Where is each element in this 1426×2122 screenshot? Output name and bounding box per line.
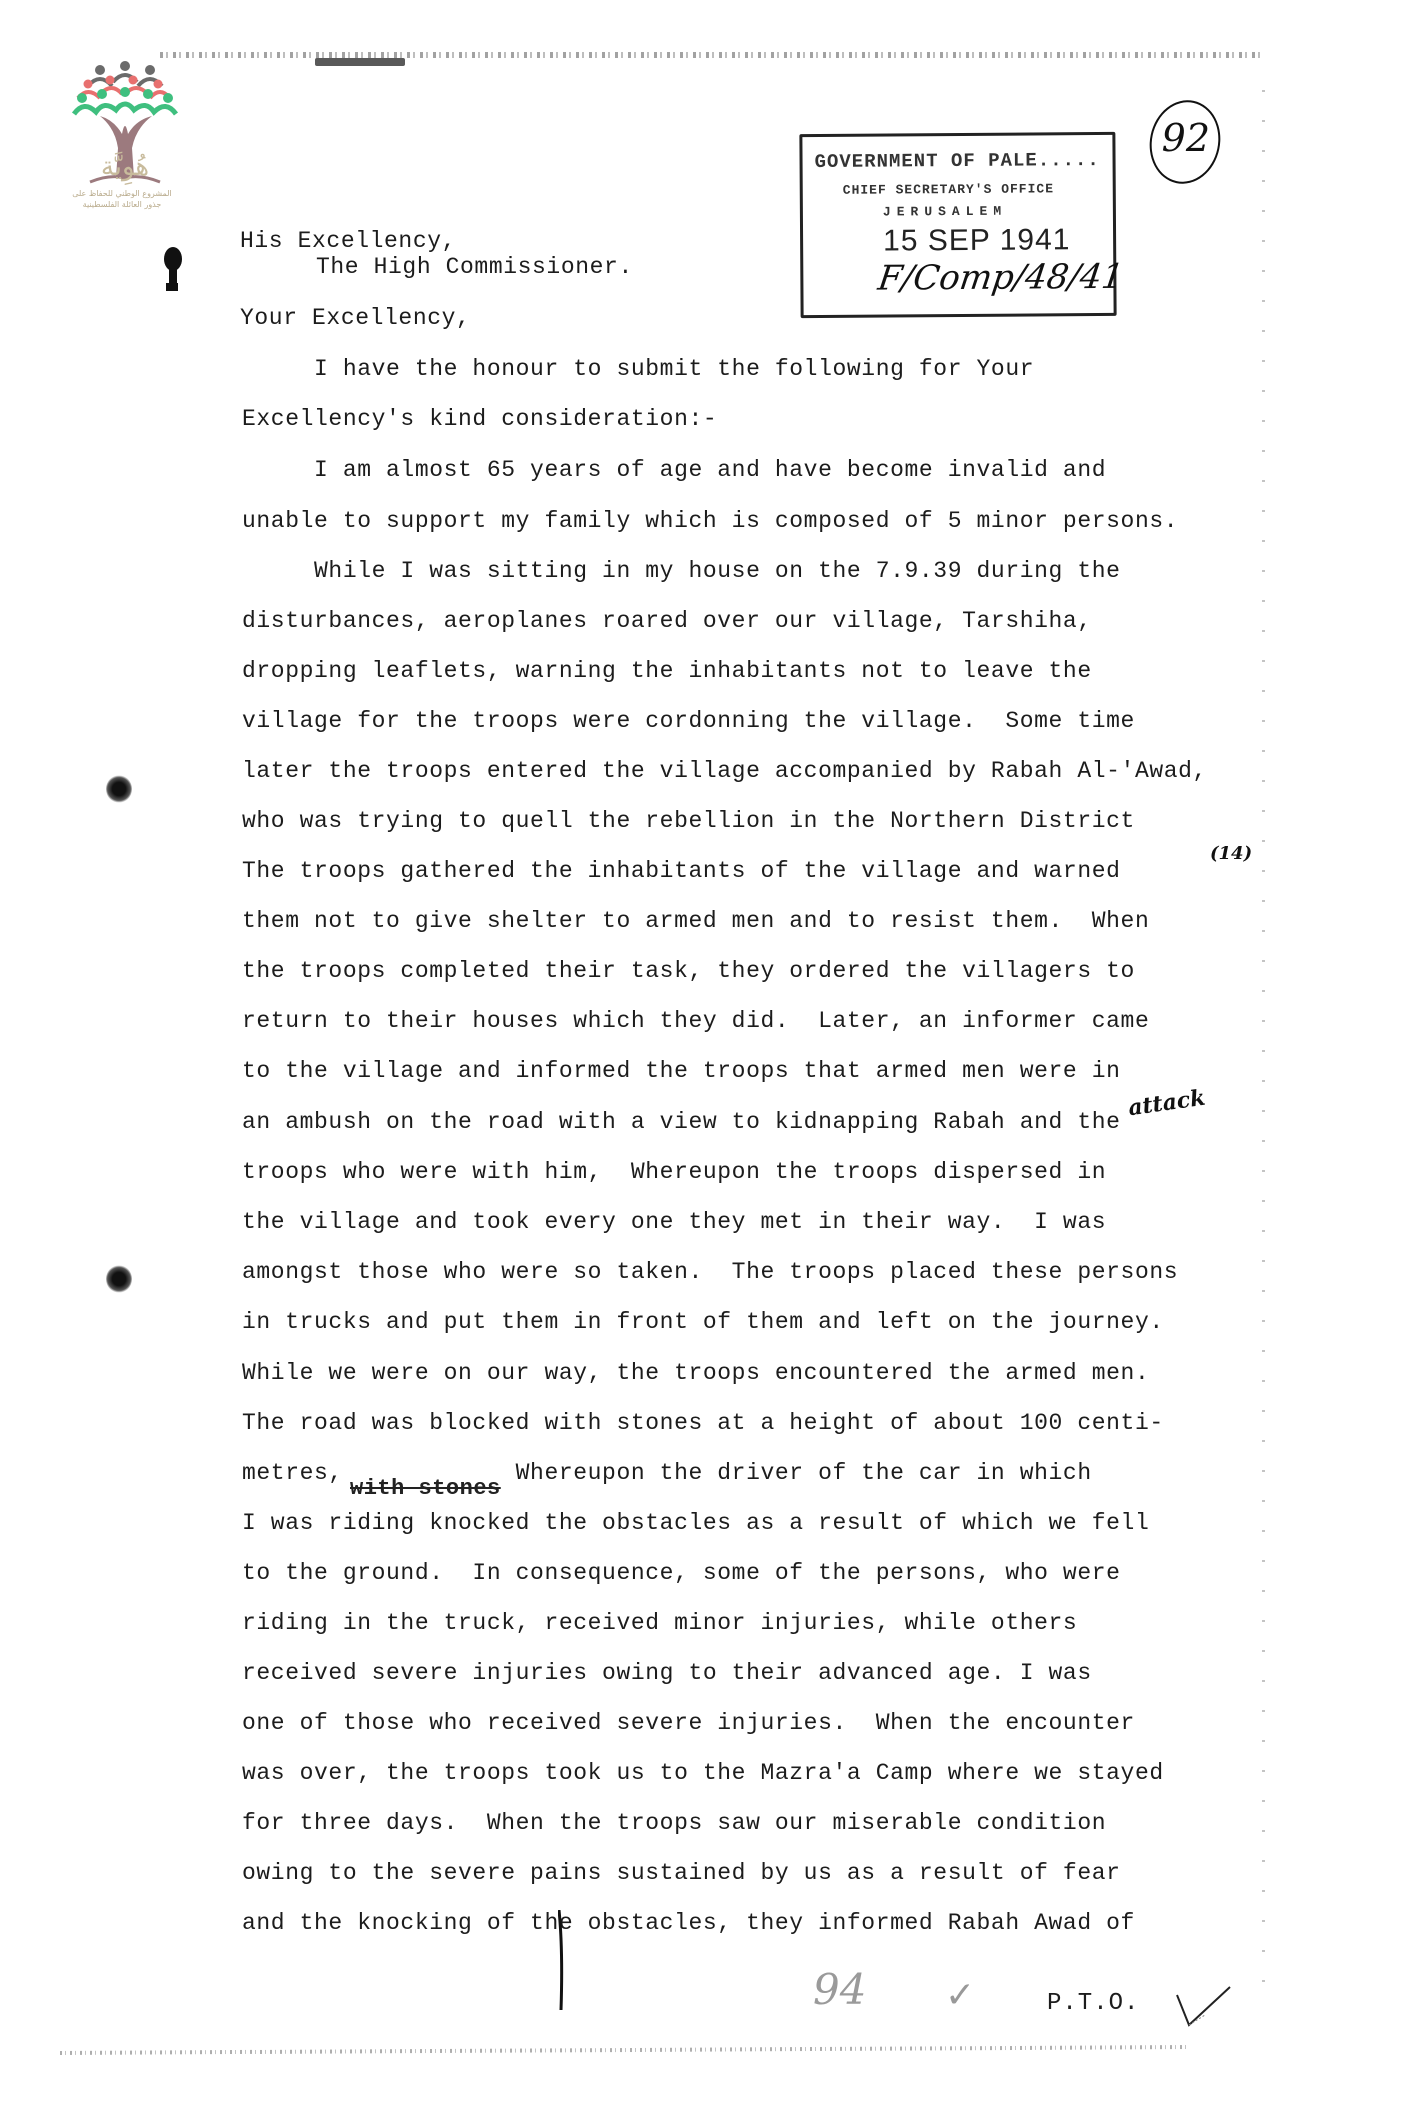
addressee-line2: The High Commissioner.: [316, 254, 633, 280]
scan-blot: [315, 58, 405, 66]
body-line: them not to give shelter to armed men an…: [242, 908, 1149, 934]
stamp-office: CHIEF SECRETARY'S OFFICE: [843, 181, 1054, 197]
scan-edge-bottom: [60, 2045, 1190, 2055]
pen-stroke-mark: [558, 1910, 564, 2010]
body-line: in trucks and put them in front of them …: [242, 1309, 1164, 1335]
pencil-page-number: 94: [813, 1965, 866, 2014]
stamp-reference: F/Comp/48/41: [876, 257, 1126, 299]
body-line: While we were on our way, the troops enc…: [242, 1360, 1149, 1386]
scan-edge-right: [1262, 90, 1265, 1990]
please-turn-over: P.T.O.: [1047, 1990, 1139, 2017]
salutation: Your Excellency,: [240, 305, 470, 331]
logo-caption-line1: المشروع الوطني للحفاظ على: [62, 188, 182, 199]
body-line: the village and took every one they met …: [242, 1209, 1106, 1235]
handwritten-annotation-district: (14): [1210, 843, 1252, 864]
stamp-government: GOVERNMENT OF PALE.....: [814, 149, 1099, 173]
body-line: riding in the truck, received minor inju…: [242, 1610, 1077, 1636]
body-line: received severe injuries owing to their …: [242, 1660, 1092, 1686]
body-line: The road was blocked with stones at a he…: [242, 1410, 1164, 1436]
received-stamp: GOVERNMENT OF PALE..... CHIEF SECRETARY'…: [799, 132, 1116, 318]
tree-logo-icon: [70, 38, 180, 208]
folio-number-circle: 92: [1142, 94, 1228, 191]
body-line: troops who were with him, Whereupon the …: [242, 1159, 1106, 1185]
punch-hole-icon: [106, 775, 132, 803]
struck-out-text: with stones: [350, 1476, 501, 1501]
addressee-line1: His Excellency,: [240, 228, 456, 254]
corner-fold-mark-icon: [1175, 1985, 1235, 2030]
body-line: Excellency's kind consideration:-: [242, 406, 717, 432]
body-line: to the village and informed the troops t…: [242, 1058, 1121, 1084]
body-line: While I was sitting in my house on the 7…: [242, 558, 1121, 584]
body-line: The troops gathered the inhabitants of t…: [242, 858, 1121, 884]
body-line: for three days. When the troops saw our …: [242, 1810, 1106, 1836]
logo-caption-line2: جذور العائلة الفلسطينية: [62, 199, 182, 210]
body-line: I have the honour to submit the followin…: [242, 356, 1034, 382]
logo-caption: المشروع الوطني للحفاظ على جذور العائلة ا…: [62, 188, 182, 210]
body-line: to the ground. In consequence, some of t…: [242, 1560, 1121, 1586]
pencil-tick-mark: ✓: [945, 1975, 975, 2016]
folio-number: 92: [1153, 116, 1219, 160]
stamp-date: 15 SEP 1941: [883, 223, 1070, 258]
stamp-city: JERUSALEM: [883, 204, 1007, 220]
body-line: village for the troops were cordonning t…: [242, 708, 1135, 734]
body-line: return to their houses which they did. L…: [242, 1008, 1149, 1034]
body-line: who was trying to quell the rebellion in…: [242, 808, 1135, 834]
body-line: I was riding knocked the obstacles as a …: [242, 1510, 1149, 1536]
body-line: amongst those who were so taken. The tro…: [242, 1259, 1178, 1285]
punch-hole-icon: [106, 1265, 132, 1293]
logo-wordmark: هُوِيَّة: [85, 152, 165, 182]
body-line: owing to the severe pains sustained by u…: [242, 1860, 1121, 1886]
body-line: later the troops entered the village acc…: [242, 758, 1207, 784]
body-line: and the knocking of the obstacles, they …: [242, 1910, 1135, 1936]
body-line: the troops completed their task, they or…: [242, 958, 1135, 984]
body-line: was over, the troops took us to the Mazr…: [242, 1760, 1164, 1786]
body-line: disturbances, aeroplanes roared over our…: [242, 608, 1092, 634]
body-line: I am almost 65 years of age and have bec…: [242, 457, 1106, 483]
handwritten-annotation-attack: attack: [1127, 1085, 1207, 1122]
body-line: unable to support my family which is com…: [242, 508, 1178, 534]
document-page: هُوِيَّة المشروع الوطني للحفاظ على جذور …: [0, 0, 1426, 2122]
body-line: dropping leaflets, warning the inhabitan…: [242, 658, 1092, 684]
body-line: one of those who received severe injurie…: [242, 1710, 1135, 1736]
body-line: an ambush on the road with a view to kid…: [242, 1109, 1121, 1135]
paper-clip-mark-icon: [162, 245, 184, 297]
